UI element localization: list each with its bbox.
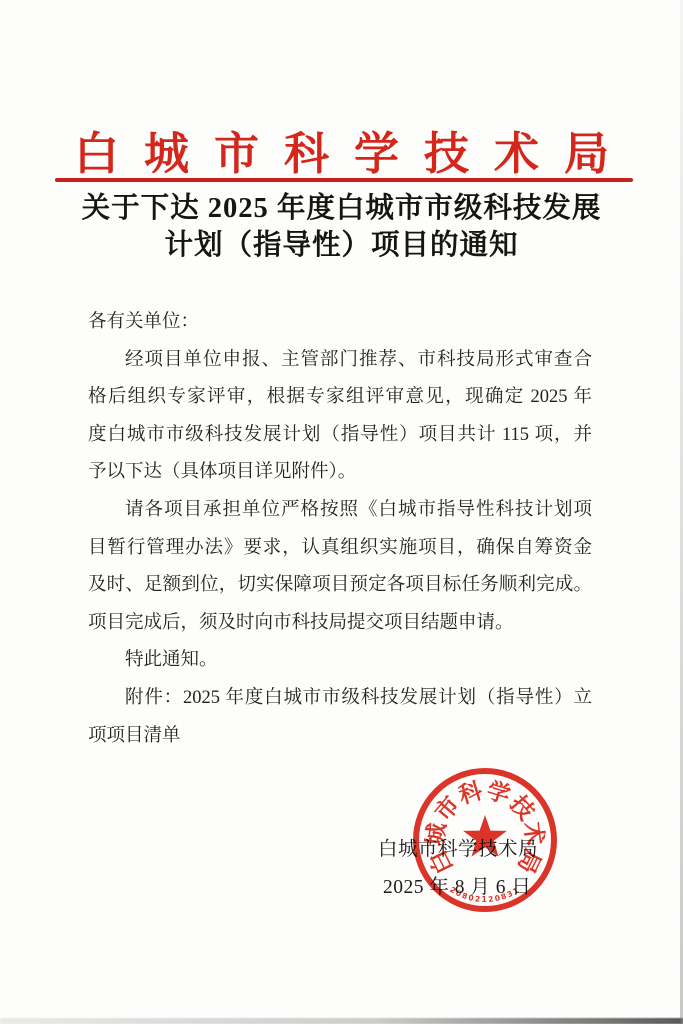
salutation: 各有关单位： (88, 304, 592, 342)
attachment-line1: 附件：2025 年度白城市市级科技发展计划（指导性）立 (88, 680, 592, 718)
paragraph1-line1: 经项目单位申报、主管部门推荐、市科技局形式审查合 (88, 342, 592, 380)
attachment-line2: 项项目清单 (88, 718, 592, 756)
paragraph2-line1: 请各项目承担单位严格按照《白城市指导性科技计划项 (88, 492, 592, 530)
official-seal-stamp: 白城市科学技术局 2208021208316 (410, 765, 560, 915)
document-title: 关于下达 2025 年度白城市市级科技发展 计划（指导性）项目的通知 (0, 190, 683, 264)
letterhead-red-rule (55, 178, 633, 182)
letterhead-agency-name: 白城市科学技术局 (0, 117, 683, 182)
paragraph2-line3: 及时、足额到位，切实保障项目预定各项目标任务顺利完成。 (88, 567, 592, 605)
notice-body: 各有关单位： 经项目单位申报、主管部门推荐、市科技局形式审查合 格后组织专家评审… (88, 304, 592, 755)
paragraph2-line2: 目暂行管理办法》要求，认真组织实施项目，确保自筹资金 (88, 530, 592, 568)
seal-star-icon (463, 815, 507, 857)
paragraph1-line2: 格后组织专家评审，根据专家组评审意见，现确定 2025 年 (88, 379, 592, 417)
document-title-line2: 计划（指导性）项目的通知 (0, 227, 683, 264)
document-page: 白城市科学技术局 关于下达 2025 年度白城市市级科技发展 计划（指导性）项目… (0, 0, 683, 1024)
document-title-line1: 关于下达 2025 年度白城市市级科技发展 (0, 190, 683, 227)
paragraph1-line3: 度白城市市级科技发展计划（指导性）项目共计 115 项，并 (88, 417, 592, 455)
paragraph2-line4: 项目完成后，须及时向市科技局提交项目结题申请。 (88, 605, 592, 643)
closing-phrase: 特此通知。 (88, 642, 592, 680)
page-bottom-edge-shadow (0, 1018, 683, 1024)
paragraph1-line4: 予以下达（具体项目详见附件）。 (88, 454, 592, 492)
